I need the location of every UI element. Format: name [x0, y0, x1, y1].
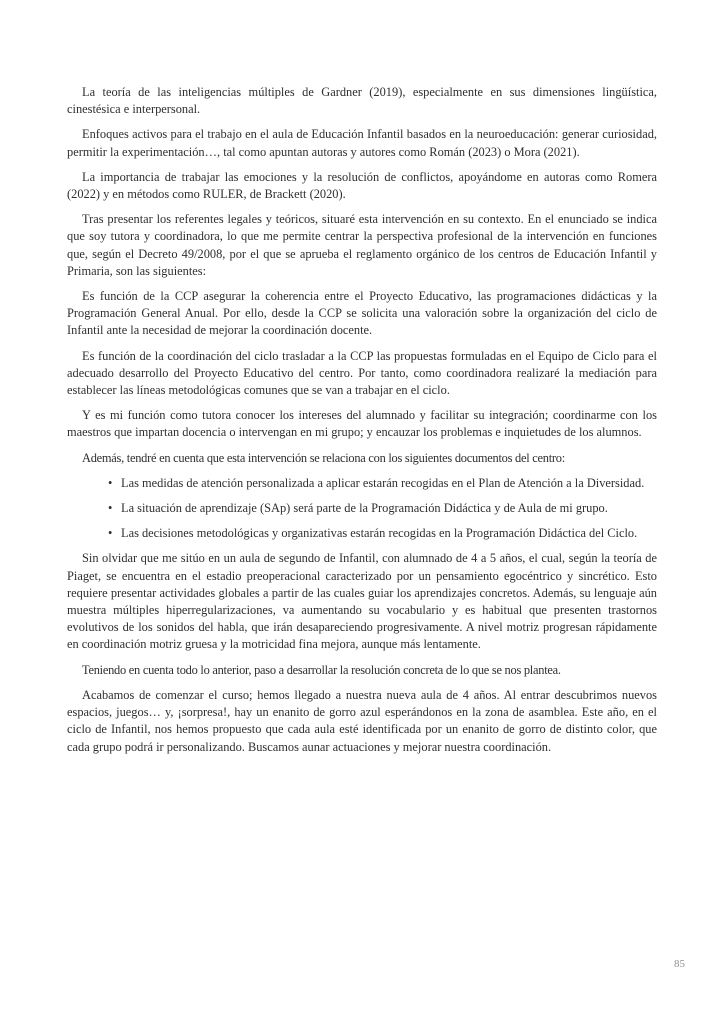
paragraph: Teniendo en cuenta todo lo anterior, pas…: [67, 662, 657, 679]
bullet-list: • Las medidas de atención personalizada …: [108, 475, 657, 543]
list-item: • La situación de aprendizaje (SAp) será…: [108, 500, 657, 517]
bullet-text: La situación de aprendizaje (SAp) será p…: [121, 501, 608, 515]
list-item: • Las decisiones metodológicas y organiz…: [108, 525, 657, 542]
paragraph: Acabamos de comenzar el curso; hemos lle…: [67, 687, 657, 756]
paragraph: Tras presentar los referentes legales y …: [67, 211, 657, 280]
bullet-text: Las decisiones metodológicas y organizat…: [121, 526, 637, 540]
paragraph: Es función de la CCP asegurar la coheren…: [67, 288, 657, 340]
paragraph: Además, tendré en cuenta que esta interv…: [67, 450, 657, 467]
page-number: 85: [674, 957, 685, 971]
paragraph: Es función de la coordinación del ciclo …: [67, 348, 657, 400]
document-page: La teoría de las inteligencias múltiples…: [67, 84, 657, 764]
paragraph: Y es mi función como tutora conocer los …: [67, 407, 657, 441]
paragraph: Enfoques activos para el trabajo en el a…: [67, 126, 657, 160]
paragraph: La importancia de trabajar las emociones…: [67, 169, 657, 203]
list-item: • Las medidas de atención personalizada …: [108, 475, 657, 492]
bullet-icon: •: [108, 500, 112, 517]
paragraph: La teoría de las inteligencias múltiples…: [67, 84, 657, 118]
paragraph: Sin olvidar que me sitúo en un aula de s…: [67, 550, 657, 653]
bullet-icon: •: [108, 475, 112, 492]
bullet-icon: •: [108, 525, 112, 542]
bullet-text: Las medidas de atención personalizada a …: [121, 476, 644, 490]
